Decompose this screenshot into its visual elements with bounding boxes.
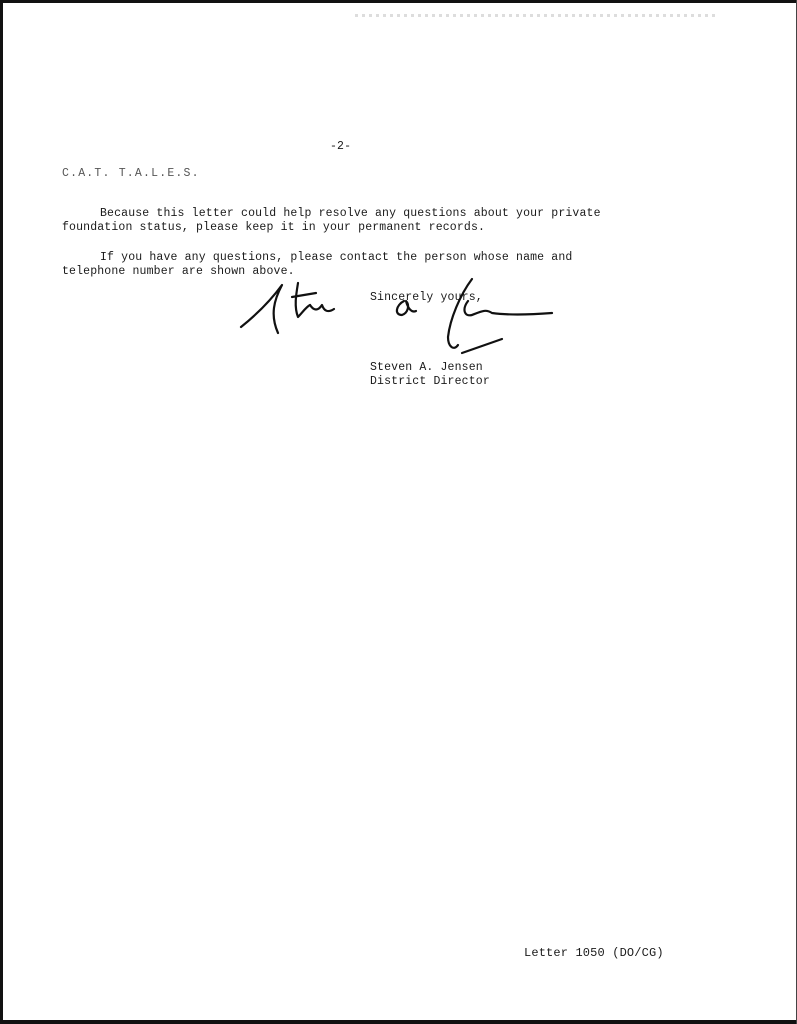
- signatory-name: Steven A. Jensen: [370, 361, 483, 374]
- scan-border-top: [0, 0, 797, 3]
- scan-noise: [355, 14, 715, 17]
- paragraph-1-line-2: foundation status, please keep it in you…: [62, 221, 485, 234]
- paragraph-2-line-1: If you have any questions, please contac…: [100, 251, 572, 264]
- addressee: C.A.T. T.A.L.E.S.: [62, 167, 200, 180]
- form-identifier: Letter 1050 (DO/CG): [524, 946, 664, 960]
- scan-border-bottom: [0, 1020, 797, 1024]
- paragraph-1-line-1: Because this letter could help resolve a…: [100, 207, 601, 220]
- signature-icon: [236, 275, 566, 365]
- signatory-title: District Director: [370, 375, 490, 388]
- scan-border-left: [0, 0, 3, 1024]
- page-number: -2-: [330, 140, 351, 153]
